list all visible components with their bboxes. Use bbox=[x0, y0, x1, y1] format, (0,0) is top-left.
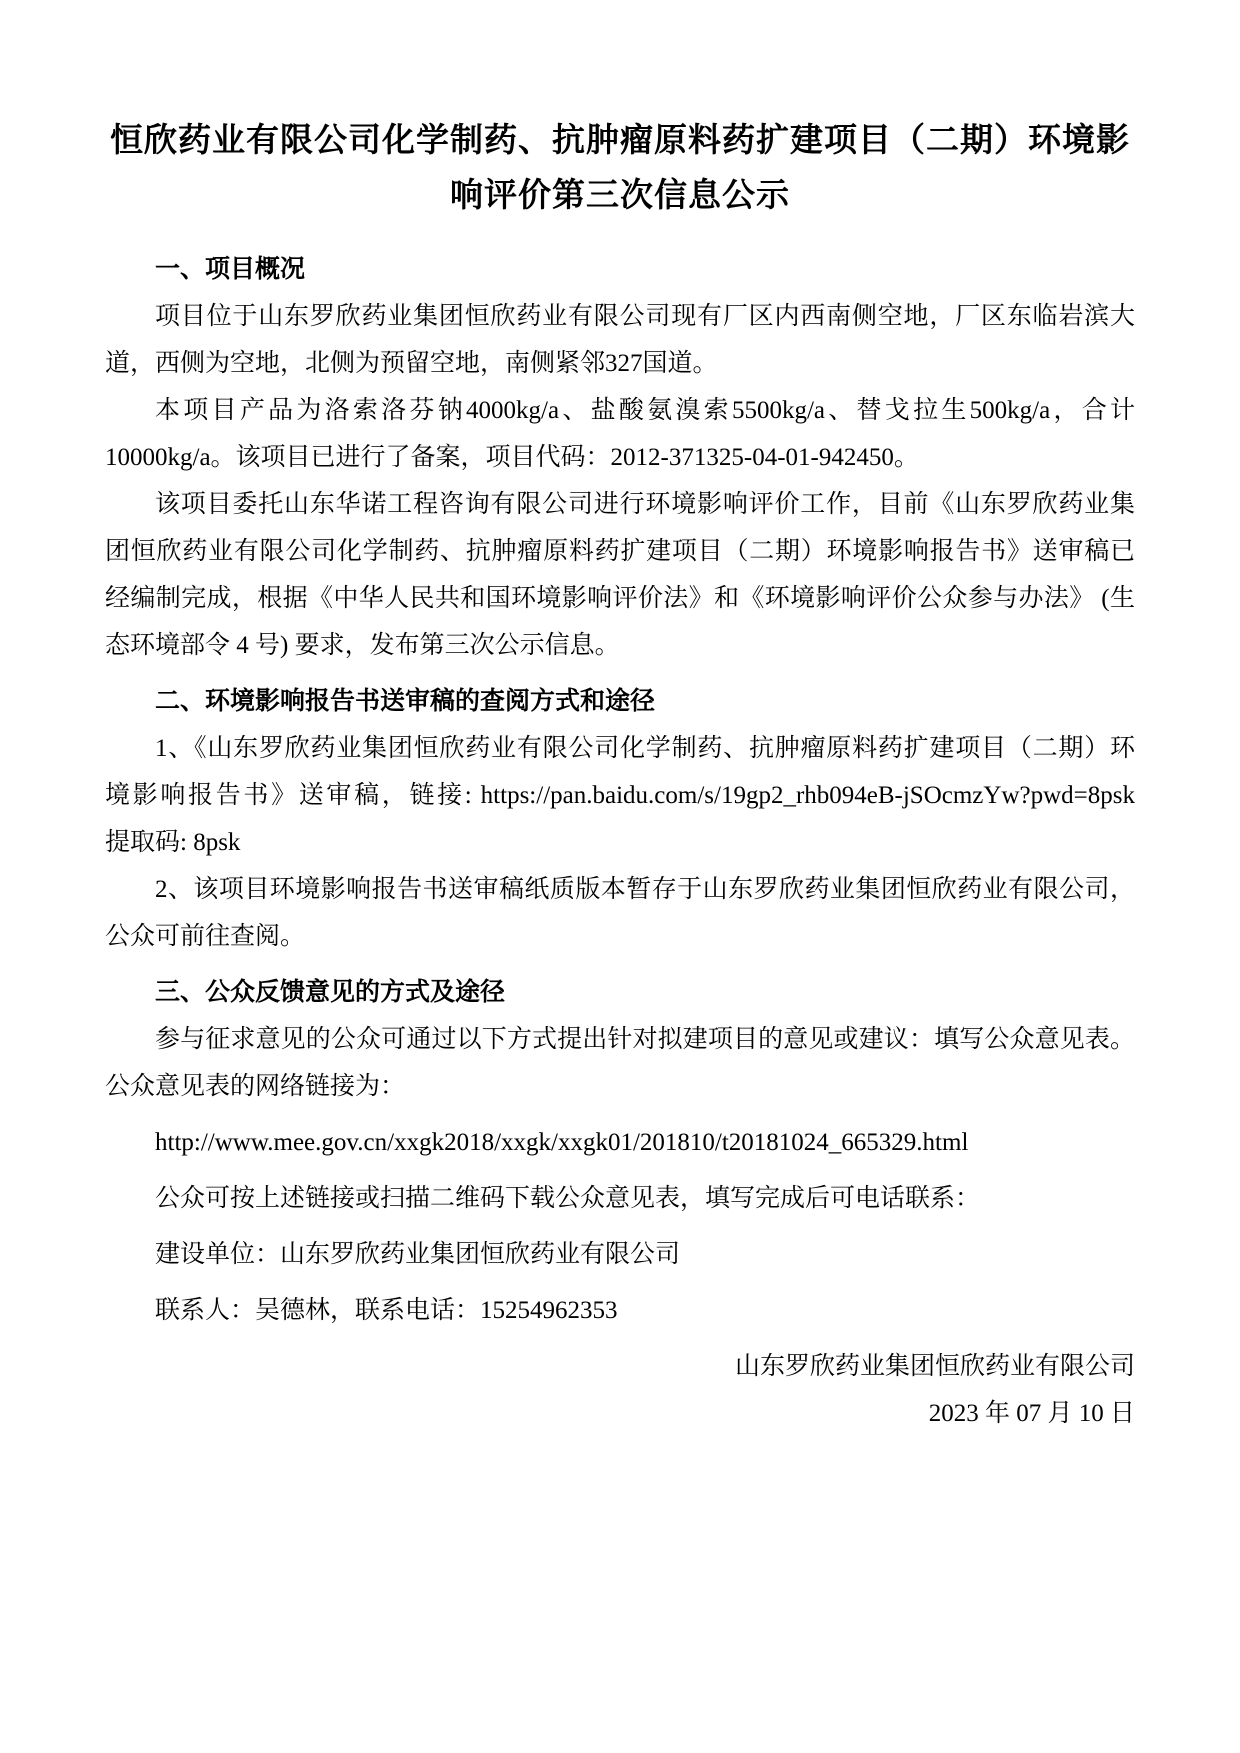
text-line: 公众可按上述链接或扫描二维码下载公众意见表，填写完成后可电话联系： bbox=[105, 1175, 1135, 1222]
text-line: 项目位于山东罗欣药业集团恒欣药业有限公司现有厂区内西南侧空地，厂区东临岩滨大 bbox=[105, 293, 1135, 340]
contact-person-line: 联系人：吴德林，联系电话：15254962353 bbox=[105, 1287, 1135, 1334]
text-line: 经编制完成，根据《中华人民共和国环境影响评价法》和《环境影响评价公众参与办法》 … bbox=[105, 575, 1135, 622]
text-line: 10000kg/a。该项目已进行了备案，项目代码：2012-371325-04-… bbox=[105, 434, 1135, 481]
construction-unit-line: 建设单位：山东罗欣药业集团恒欣药业有限公司 bbox=[105, 1231, 1135, 1278]
text-line: 2、该项目环境影响报告书送审稿纸质版本暂存于山东罗欣药业集团恒欣药业有限公司， bbox=[105, 866, 1135, 913]
document-title: 恒欣药业有限公司化学制药、抗肿瘤原料药扩建项目（二期）环境影响评价第三次信息公示 bbox=[105, 112, 1135, 222]
text-line: 公众意见表的网络链接为： bbox=[105, 1063, 1135, 1110]
text-line: 公众可前往查阅。 bbox=[105, 913, 1135, 960]
text-line: 态环境部令 4 号) 要求，发布第三次公示信息。 bbox=[105, 622, 1135, 669]
signature-date: 2023 年 07 月 10 日 bbox=[105, 1390, 1135, 1437]
text-line: 1、《山东罗欣药业集团恒欣药业有限公司化学制药、抗肿瘤原料药扩建项目（二期）环 bbox=[105, 725, 1135, 772]
text-line: 道，西侧为空地，北侧为预留空地，南侧紧邻327国道。 bbox=[105, 340, 1135, 387]
document-body: 一、项目概况项目位于山东罗欣药业集团恒欣药业有限公司现有厂区内西南侧空地，厂区东… bbox=[105, 246, 1135, 1437]
signature-company: 山东罗欣药业集团恒欣药业有限公司 bbox=[105, 1343, 1135, 1390]
section-heading-2: 二、环境影响报告书送审稿的查阅方式和途径 bbox=[105, 678, 1135, 725]
extraction-code-line: 提取码: 8psk bbox=[105, 819, 1135, 866]
document-page: 恒欣药业有限公司化学制药、抗肿瘤原料药扩建项目（二期）环境影响评价第三次信息公示… bbox=[0, 0, 1240, 1753]
text-line: 本项目产品为洛索洛芬钠4000kg/a、盐酸氨溴索5500kg/a、替戈拉生50… bbox=[105, 387, 1135, 434]
section-heading-3: 三、公众反馈意见的方式及途径 bbox=[105, 969, 1135, 1016]
text-line: 团恒欣药业有限公司化学制药、抗肿瘤原料药扩建项目（二期）环境影响报告书》送审稿已 bbox=[105, 528, 1135, 575]
public-comment-form-url: http://www.mee.gov.cn/xxgk2018/xxgk/xxgk… bbox=[105, 1119, 1135, 1166]
document-content: 恒欣药业有限公司化学制药、抗肿瘤原料药扩建项目（二期）环境影响评价第三次信息公示… bbox=[0, 0, 1240, 1437]
document-title-line: 响评价第三次信息公示 bbox=[105, 167, 1135, 222]
text-line: 该项目委托山东华诺工程咨询有限公司进行环境影响评价工作，目前《山东罗欣药业集 bbox=[105, 481, 1135, 528]
section-heading-1: 一、项目概况 bbox=[105, 246, 1135, 293]
document-title-line: 恒欣药业有限公司化学制药、抗肿瘤原料药扩建项目（二期）环境影 bbox=[105, 112, 1135, 167]
report-download-link-line: 境影响报告书》送审稿，链接: https://pan.baidu.com/s/1… bbox=[105, 772, 1135, 819]
text-line: 参与征求意见的公众可通过以下方式提出针对拟建项目的意见或建议：填写公众意见表。 bbox=[105, 1016, 1135, 1063]
